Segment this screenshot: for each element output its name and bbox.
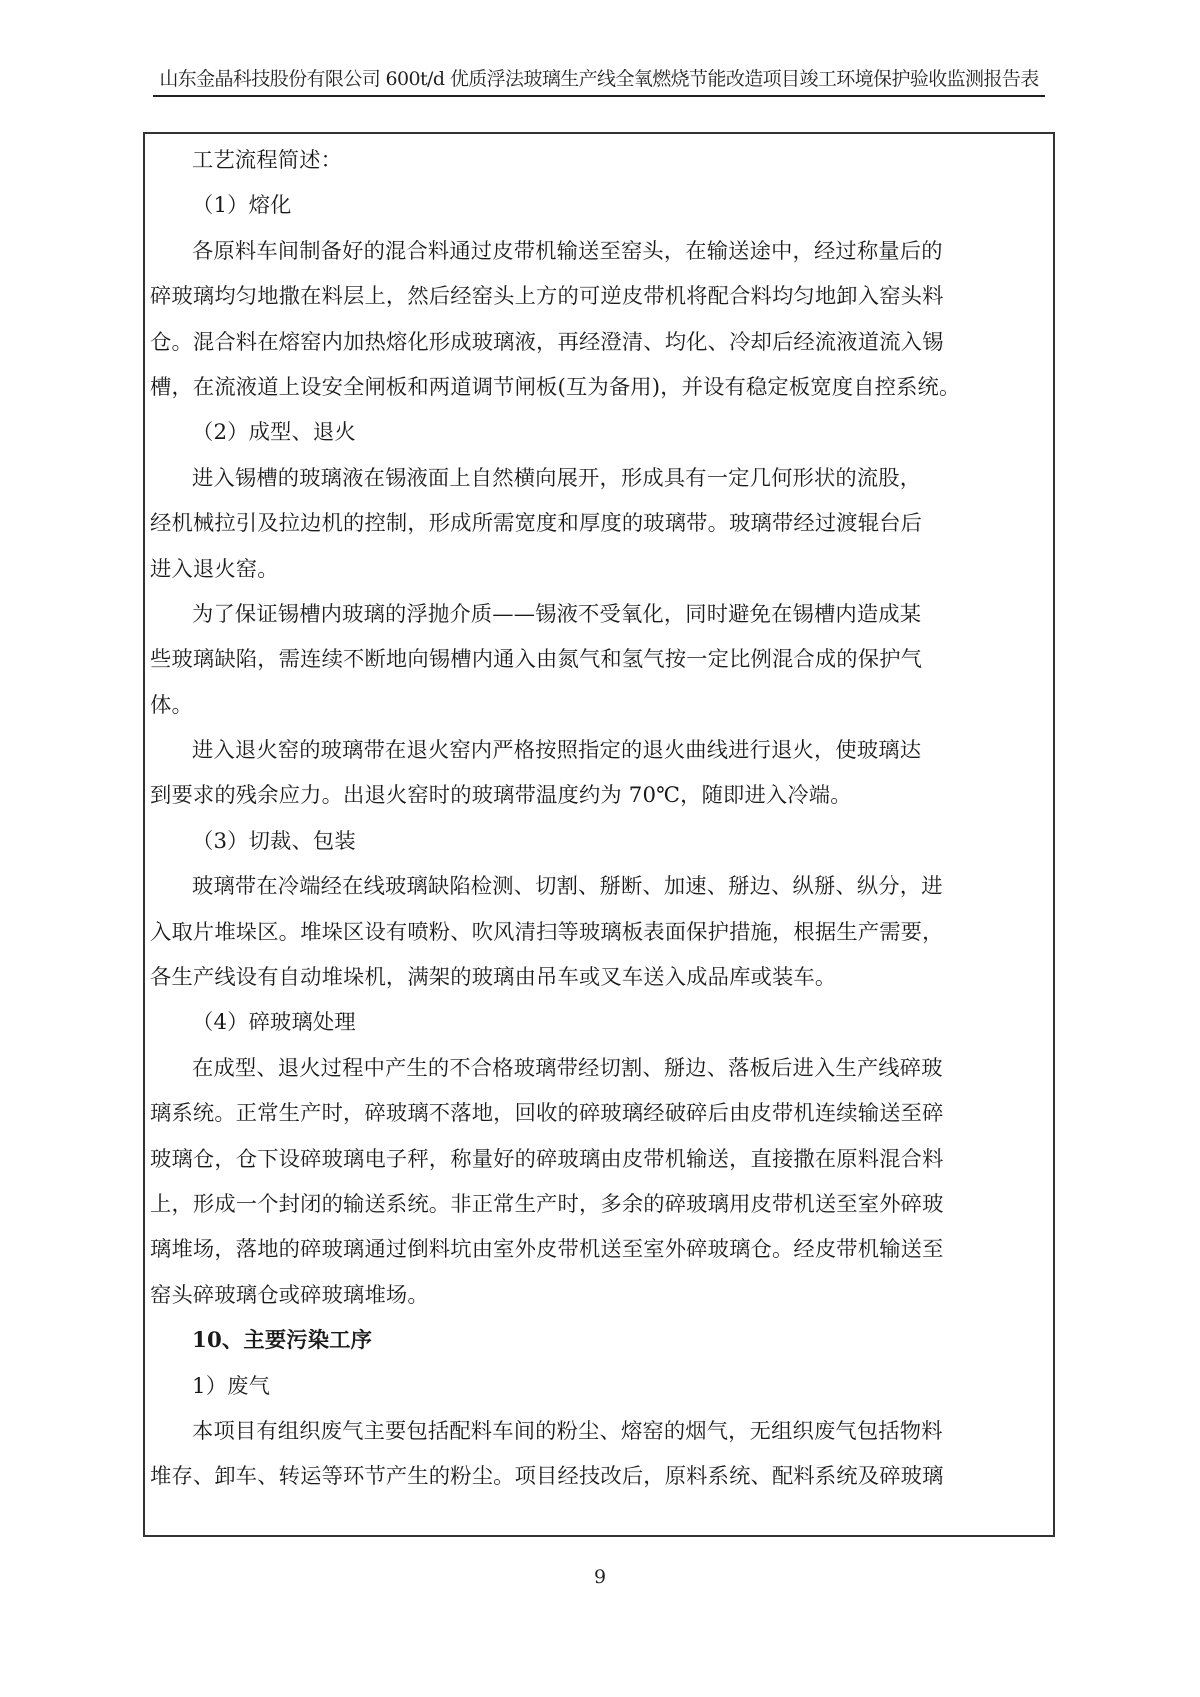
paragraph-line: 玻璃仓，仓下设碎玻璃电子秤，称量好的碎玻璃由皮带机输送，直接撒在原料混合料 xyxy=(150,1137,1053,1182)
paragraph-line: 到要求的残余应力。出退火窑时的玻璃带温度约为 70℃，随即进入冷端。 xyxy=(150,773,1053,818)
subheading-melting: （1）熔化 xyxy=(150,183,1053,228)
paragraph-line: 些玻璃缺陷，需连续不断地向锡槽内通入由氮气和氢气按一定比例混合成的保护气 xyxy=(150,637,1053,682)
paragraph-line: 进入退火窑。 xyxy=(150,547,1053,592)
section-heading-main-pollution-processes: 10、主要污染工序 xyxy=(150,1318,1053,1363)
document-body: 工艺流程简述： （1）熔化 各原料车间制备好的混合料通过皮带机输送至窑头，在输送… xyxy=(150,138,1053,1500)
paragraph-line: 在成型、退火过程中产生的不合格玻璃带经切割、掰边、落板后进入生产线碎玻 xyxy=(150,1046,1053,1091)
subheading-cullet-handling: （4）碎玻璃处理 xyxy=(150,1000,1053,1045)
paragraph-line: 为了保证锡槽内玻璃的浮抛介质——锡液不受氧化，同时避免在锡槽内造成某 xyxy=(150,592,1053,637)
paragraph-line: 碎玻璃均匀地撒在料层上，然后经窑头上方的可逆皮带机将配合料均匀地卸入窑头料 xyxy=(150,274,1053,319)
paragraph-line: 进入锡槽的玻璃液在锡液面上自然横向展开，形成具有一定几何形状的流股， xyxy=(150,456,1053,501)
paragraph-line: 经机械拉引及拉边机的控制，形成所需宽度和厚度的玻璃带。玻璃带经过渡辊台后 xyxy=(150,501,1053,546)
paragraph-line: 本项目有组织废气主要包括配料车间的粉尘、熔窑的烟气，无组织废气包括物料 xyxy=(150,1409,1053,1454)
section-heading-process-overview: 工艺流程简述： xyxy=(150,138,1053,183)
paragraph-line: 璃堆场，落地的碎玻璃通过倒料坑由室外皮带机送至室外碎玻璃仓。经皮带机输送至 xyxy=(150,1227,1053,1272)
running-header-title: 山东金晶科技股份有限公司 600t/d 优质浮法玻璃生产线全氧燃烧节能改造项目竣… xyxy=(153,66,1045,92)
subheading-waste-gas: 1）废气 xyxy=(150,1364,1053,1409)
subheading-forming-annealing: （2）成型、退火 xyxy=(150,410,1053,455)
header-divider xyxy=(153,95,1045,97)
paragraph-line: 堆存、卸车、转运等环节产生的粉尘。项目经技改后，原料系统、配料系统及碎玻璃 xyxy=(150,1454,1053,1499)
paragraph-line: 璃系统。正常生产时，碎玻璃不落地，回收的碎玻璃经破碎后由皮带机连续输送至碎 xyxy=(150,1091,1053,1136)
paragraph-line: 各生产线设有自动堆垛机，满架的玻璃由吊车或叉车送入成品库或装车。 xyxy=(150,955,1053,1000)
subheading-cutting-packaging: （3）切裁、包装 xyxy=(150,819,1053,864)
paragraph-line: 仓。混合料在熔窑内加热熔化形成玻璃液，再经澄清、均化、冷却后经流液道流入锡 xyxy=(150,320,1053,365)
paragraph-line: 槽，在流液道上设安全闸板和两道调节闸板(互为备用)，并设有稳定板宽度自控系统。 xyxy=(150,365,1053,410)
page-number: 9 xyxy=(0,1565,1200,1589)
paragraph-line: 入取片堆垛区。堆垛区设有喷粉、吹风清扫等玻璃板表面保护措施，根据生产需要， xyxy=(150,910,1053,955)
paragraph-line: 玻璃带在冷端经在线玻璃缺陷检测、切割、掰断、加速、掰边、纵掰、纵分，进 xyxy=(150,864,1053,909)
paragraph-line: 各原料车间制备好的混合料通过皮带机输送至窑头，在输送途中，经过称量后的 xyxy=(150,229,1053,274)
paragraph-line: 进入退火窑的玻璃带在退火窑内严格按照指定的退火曲线进行退火，使玻璃达 xyxy=(150,728,1053,773)
paragraph-line: 体。 xyxy=(150,683,1053,728)
paragraph-line: 窑头碎玻璃仓或碎玻璃堆场。 xyxy=(150,1273,1053,1318)
paragraph-line: 上，形成一个封闭的输送系统。非正常生产时，多余的碎玻璃用皮带机送至室外碎玻 xyxy=(150,1182,1053,1227)
